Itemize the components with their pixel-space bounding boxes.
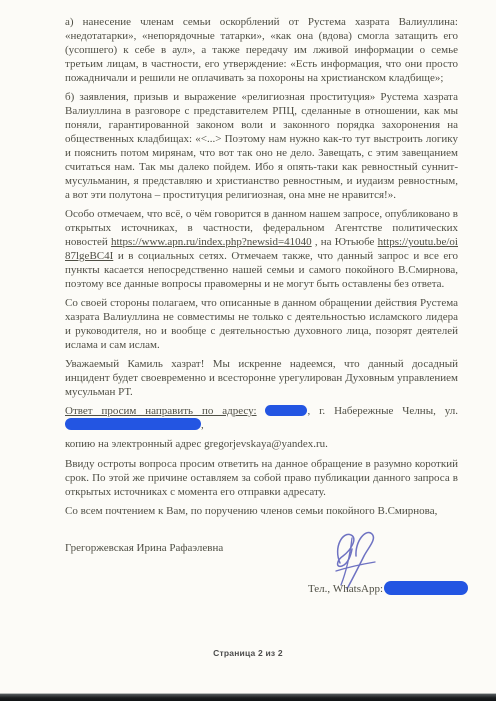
paragraph-opinion-text: Со своей стороны полагаем, что описанные… — [65, 297, 458, 351]
paragraph-urgency-text: Ввиду остроты вопроса просим ответить на… — [65, 458, 458, 498]
paragraph-email-copy: копию на электронный адрес gregorjevskay… — [65, 437, 458, 451]
paragraph-opinion: Со своей стороны полагаем, что описанные… — [65, 296, 458, 352]
address-redaction-2 — [65, 418, 201, 430]
reply-address-tail: , — [201, 419, 204, 431]
paragraph-sources: Особо отмечаем, что всё, о чём говорится… — [65, 207, 458, 291]
apn-url-text: https://www.apn.ru/index.php?newsid=4104… — [111, 236, 312, 248]
paragraph-item-b-text: б) заявления, призыв и выражение «религи… — [65, 91, 458, 201]
paragraph-closing-text: Со всем почтением к Вам, по поручению чл… — [65, 505, 437, 517]
address-redaction-1 — [265, 405, 307, 416]
reply-address-mid: , г. Набережные Челны, ул. — [307, 405, 458, 417]
reply-address-lead: Ответ просим направить по адресу: — [65, 405, 257, 417]
paragraph-item-a-text: а) нанесение членам семьи оскорблений от… — [65, 16, 458, 84]
page-number-footer: Страница 2 из 2 — [0, 648, 496, 658]
paragraph-email-copy-text: копию на электронный адрес gregorjevskay… — [65, 438, 328, 450]
paragraph-urgency: Ввиду остроты вопроса просим ответить на… — [65, 457, 458, 499]
paragraph-appeal-text: Уважаемый Камиль хазрат! Мы искренне над… — [65, 358, 458, 398]
sources-text-mid: , на Ютьюбе — [312, 236, 378, 248]
paragraph-item-a: а) нанесение членам семьи оскорблений от… — [65, 15, 458, 85]
scanned-letter-page: а) нанесение членам семьи оскорблений от… — [0, 0, 496, 701]
sources-text-post: и в социальных сетях. Отмечаем также, чт… — [65, 250, 458, 290]
signature-block: Грегоржевская Ирина Рафаэлевна Тел., Wha… — [65, 541, 458, 645]
paragraph-item-b: б) заявления, призыв и выражение «религи… — [65, 90, 458, 202]
scan-bottom-edge — [0, 693, 496, 701]
phone-line: Тел., WhatsApp: — [308, 581, 468, 596]
paragraph-appeal: Уважаемый Камиль хазрат! Мы искренне над… — [65, 357, 458, 399]
signer-name: Грегоржевская Ирина Рафаэлевна — [65, 541, 223, 555]
paragraph-closing: Со всем почтением к Вам, по поручению чл… — [65, 504, 458, 518]
phone-redaction — [384, 581, 468, 595]
paragraph-reply-address: Ответ просим направить по адресу: , г. Н… — [65, 404, 458, 432]
phone-label: Тел., WhatsApp: — [308, 583, 383, 595]
letter-body: а) нанесение членам семьи оскорблений от… — [65, 15, 458, 645]
